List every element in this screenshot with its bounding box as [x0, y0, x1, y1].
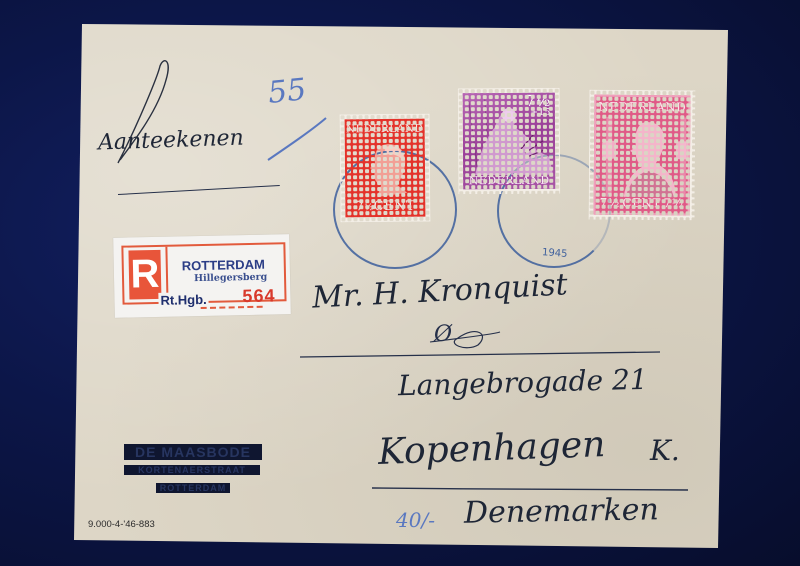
registration-city: ROTTERDAM — [182, 257, 265, 274]
address-symbol: Ø — [434, 322, 452, 347]
registration-office: Rt.Hgb. — [158, 292, 209, 308]
bottom-note: 40/- — [396, 508, 435, 532]
stamp-value: 7½CENT7½ — [600, 196, 684, 211]
address-city: Kopenhagen — [377, 424, 606, 473]
registration-label: R ROTTERDAM Hillegersberg Rt.Hgb. 564 — [113, 234, 291, 318]
sender-street-obscured: KORTENAERSTRAAT — [124, 465, 260, 475]
print-code: 9.000-4-'46-883 — [88, 519, 155, 530]
postmark-year: 1945 — [542, 247, 568, 260]
stamp-red-wilhelmina: NEDERLAND 7½CENT — [340, 114, 431, 223]
aanteekenen-note: Aanteekenen — [98, 125, 245, 155]
stamp-value: 7½CENT — [345, 199, 425, 215]
stamp-country: NEDERLAND — [345, 123, 425, 136]
registration-number: 564 — [242, 285, 275, 307]
queen-portrait-icon — [596, 117, 691, 202]
stamp-country: NEDERLAND — [596, 100, 688, 115]
registration-district: Hillegersberg — [194, 272, 267, 285]
address-street: Langebrogade 21 — [398, 363, 648, 403]
sender-name-obscured: DE MAASBODE — [124, 444, 262, 460]
envelope: Aanteekenen 55 NEDERLAND 7½CENT — [0, 0, 800, 566]
stamp-country: NEDERLAND — [463, 174, 555, 187]
sender-city-obscured: ROTTERDAM — [156, 483, 230, 493]
stamp-value: 7½+15 — [526, 95, 551, 117]
address-city-suffix: K. — [650, 434, 680, 467]
address-country: Denemarken — [464, 492, 659, 530]
queen-profile-icon — [363, 141, 414, 199]
registration-r-icon: R — [128, 250, 161, 300]
registration-dash-line — [201, 306, 263, 309]
stamp-pink-wilhelmina: NEDERLAND 7½CENT7½ — [589, 90, 696, 221]
pencil-number: 55 — [266, 72, 308, 111]
stamp-purple-harvest: 7½+15 NEDERLAND — [458, 88, 561, 195]
